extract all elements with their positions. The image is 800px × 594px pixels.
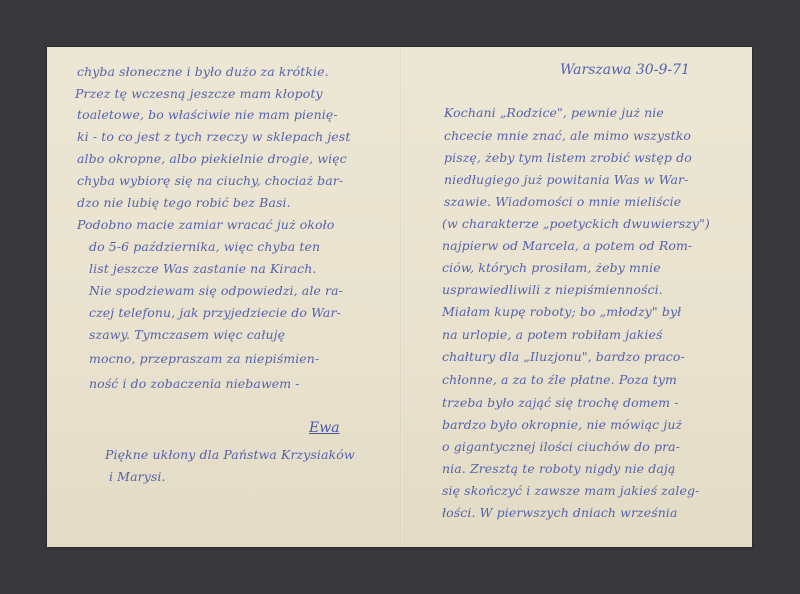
letter-date: Warszawa 30-9-71: [560, 62, 690, 78]
right-line-10: Miałam kupę roboty; bo „młodzy" był: [442, 304, 681, 319]
left-line-9: do 5-6 października, więc chyba ten: [89, 239, 320, 254]
left-line-10: list jeszcze Was zastanie na Kirach.: [89, 261, 316, 276]
left-line-11: Nie spodziewam się odpowiedzi, ale ra-: [89, 283, 343, 298]
right-line-2: chcecie mnie znać, ale mimo wszystko: [444, 128, 691, 143]
right-line-3: piszę, żeby tym listem zrobić wstęp do: [444, 150, 692, 165]
left-line-14: mocno, przepraszam za niepiśmien-: [89, 351, 319, 366]
left-line-13: szawy. Tymczasem więc całuję: [89, 327, 285, 342]
right-line-19: łości. W pierwszych dniach września: [442, 505, 678, 520]
right-line-17: nia. Zresztą te roboty nigdy nie dają: [442, 461, 675, 476]
right-line-9: usprawiedliwili z niepiśmienności.: [442, 282, 663, 297]
right-line-18: się skończyć i zawsze mam jakieś zaleg-: [442, 483, 699, 498]
right-line-7: najpierw od Marcela, a potem od Rom-: [442, 238, 692, 253]
left-line-8: Podobno macie zamiar wracać już około: [77, 217, 334, 232]
left-line-1: chyba słoneczne i było dużo za krótkie.: [77, 64, 329, 79]
right-page: Warszawa 30-9-71 Kochani „Rodzice", pewn…: [402, 47, 752, 547]
postscript-line-2: i Marysi.: [109, 469, 166, 484]
left-line-2: Przez tę wczesną jeszcze mam kłopoty: [75, 86, 323, 101]
right-line-14: trzeba było zająć się trochę domem -: [442, 395, 679, 410]
right-line-13: chłonne, a za to źle płatne. Poza tym: [442, 372, 677, 387]
right-line-12: chałtury dla „Iluzjonu", bardzo praco-: [442, 349, 685, 364]
left-line-3: toaletowe, bo właściwie nie mam pienię-: [77, 107, 338, 122]
right-line-11: na urlopie, a potem robiłam jakieś: [442, 327, 663, 342]
postscript-line-1: Piękne ukłony dla Państwa Krzysiaków: [105, 447, 355, 462]
letter-sheet: chyba słoneczne i było dużo za krótkie. …: [47, 47, 752, 547]
right-line-8: ciów, których prosiłam, żeby mnie: [442, 260, 661, 275]
right-line-1: Kochani „Rodzice", pewnie już nie: [444, 105, 664, 120]
right-line-4: niedługiego już powitania Was w War-: [444, 172, 688, 187]
left-line-5: albo okropne, albo piekielnie drogie, wi…: [77, 151, 347, 166]
left-line-6: chyba wybiorę się na ciuchy, chociaż bar…: [77, 173, 343, 188]
right-line-16: o gigantycznej ilości ciuchów do pra-: [442, 439, 680, 454]
right-line-15: bardzo było okropnie, nie mówiąc już: [442, 417, 682, 432]
right-line-6: (w charakterze „poetyckich dwuwierszy"): [442, 216, 710, 231]
left-line-15: ność i do zobaczenia niebawem -: [89, 376, 300, 391]
left-page: chyba słoneczne i było dużo za krótkie. …: [47, 47, 400, 547]
signature: Ewa: [309, 420, 340, 436]
left-line-12: czej telefonu, jak przyjedziecie do War-: [89, 305, 341, 320]
left-line-7: dzo nie lubię tego robić bez Basi.: [77, 195, 291, 210]
right-line-5: szawie. Wiadomości o mnie mieliście: [444, 194, 681, 209]
left-line-4: ki - to co jest z tych rzeczy w sklepach…: [77, 129, 350, 144]
